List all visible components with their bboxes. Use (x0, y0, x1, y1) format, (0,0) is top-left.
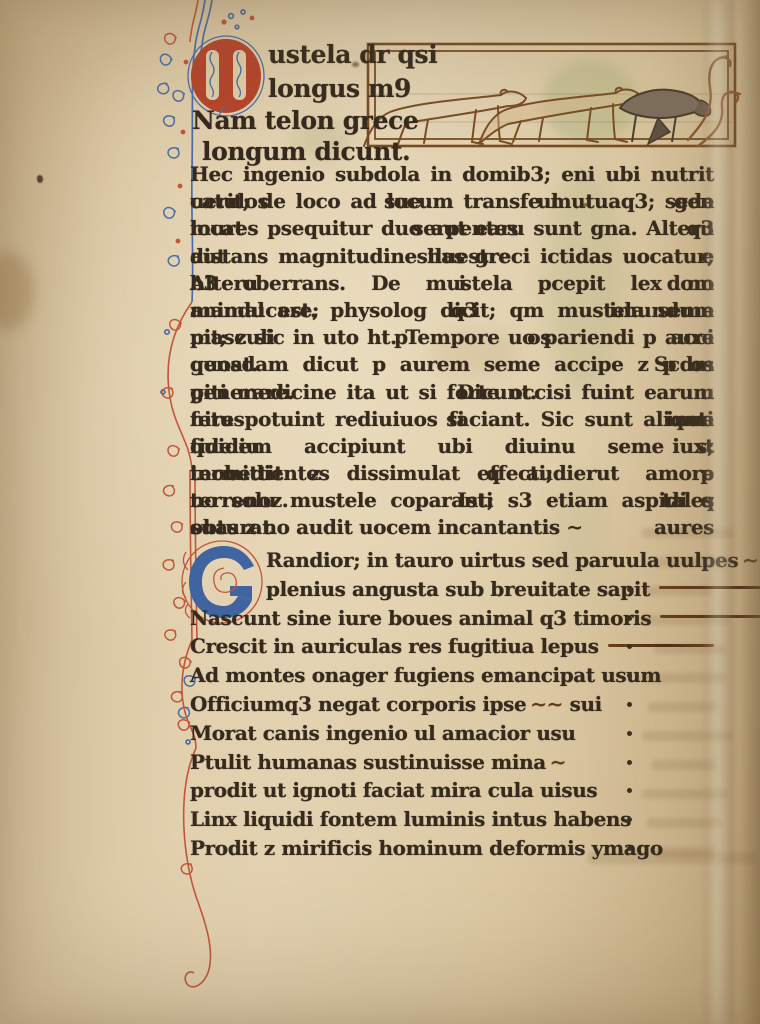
prose-line: piti medicine ita ut si forte occisi fui… (190, 379, 714, 406)
verse-line: Randior; in tauro uirtus sed paruula uul… (190, 546, 660, 575)
verse-text: Crescit in auriculas res fugitiua lepus (190, 634, 599, 658)
verse-text: Randior; in tauro uirtus sed paruula uul… (266, 548, 738, 572)
prose-line: no solu mustele coparant; s3 etiam aspid… (190, 487, 714, 514)
line-filler (608, 644, 714, 647)
verse-end-dot (627, 702, 632, 707)
verse-line: Prodit z mirificis hominum deformis ymag… (190, 834, 660, 863)
verse-end-dot (627, 788, 632, 793)
verse-end-dot (627, 731, 632, 736)
prose-line: quidem accipiunt ubi diuinu seme s; inob… (190, 433, 714, 460)
prose-line: pit; z sic in uto ht. Tempore uo pariend… (190, 324, 714, 351)
verse-line: Officiumq3 negat corporis ipse∼∼ sui (190, 690, 660, 719)
verse-line: Linx liquidi fontem luminis intus habens (190, 805, 660, 834)
prose-line: uerit; de loco ad locum transfe mutuaq3;… (190, 188, 714, 215)
verse-line: plenius angusta sub breuitate sapit (190, 575, 660, 604)
verse-line: Ad montes onager fugiens emancipat usum (190, 661, 660, 690)
verse-end-dot (627, 616, 632, 621)
line-filler (660, 615, 760, 618)
verse-text-block: Randior; in tauro uirtus sed paruula uul… (190, 546, 660, 863)
verse-text: Prodit z mirificis hominum deformis ymag… (190, 836, 663, 860)
verse-end-dot (627, 817, 632, 822)
verse-end-dot (627, 760, 632, 765)
prose-line: nire potuint rediuiuos faciant. Sic sunt… (190, 406, 714, 433)
line-filler (659, 586, 760, 589)
opening-line: longus m9 (268, 74, 411, 103)
prose-text-block: Hec ingenio subdola in domib3; eni ubi n… (190, 161, 714, 542)
verse-line: Nascunt sine iure boues animal q3 timori… (190, 604, 660, 633)
verse-text: Officiumq3 negat corporis ipse (190, 692, 526, 716)
opening-line: ustela dr qsi (268, 40, 437, 69)
prose-line: Hec ingenio subdola in domib3; eni ubi n… (190, 161, 714, 188)
verse-text: sui (570, 692, 602, 716)
verse-text: plenius angusta sub breuitate sapit (266, 577, 650, 601)
verse-text: Linx liquidi fontem luminis intus habens (190, 807, 631, 831)
prose-line: animal est. physolog dicit; qm mustela s… (190, 297, 714, 324)
verse-end-dot (627, 644, 632, 649)
verse-end-dot (627, 846, 632, 851)
verse-line: Ptulit humanas sustinuisse mina∼ (190, 748, 660, 777)
line-filler-squiggle: ∼∼ (530, 692, 563, 716)
verse-text: prodit ut ignoti faciat mira cula uisus (190, 778, 597, 802)
verse-text: Morat canis ingenio ul amacior usu (190, 721, 576, 745)
verse-line: prodit ut ignoti faciat mira cula uisus (190, 776, 660, 805)
manuscript-page: ustela dr qsi longus m9 Nam telon grece … (0, 0, 760, 1024)
prose-line: distans magnitudine has greci ictidas uo… (190, 243, 714, 270)
prose-line: termittit z dissimulat q audierut amore … (190, 460, 714, 487)
prose-line: quosdam dicut p aurem seme accipe z p os… (190, 351, 714, 378)
line-filler-squiggle: ∼ (742, 548, 758, 572)
line-filler-squiggle: ∼ (550, 750, 566, 774)
verse-text: Ad montes onager fugiens emancipat usum (190, 663, 661, 687)
verse-end-dot (627, 587, 632, 592)
prose-line: mures psequitur duo aut earu sunt gna. A… (190, 215, 714, 242)
verse-line: Morat canis ingenio ul amacior usu (190, 719, 660, 748)
verse-text: Nascunt sine iure boues animal q3 timori… (190, 606, 651, 630)
opening-line: Nam telon grece (192, 106, 418, 135)
verse-line: Crescit in auriculas res fugitiua lepus (190, 632, 660, 661)
verse-text: Ptulit humanas sustinuisse mina (190, 750, 546, 774)
prose-line: b3 oberrans. De mustela pcepit lex no ma… (190, 270, 714, 297)
